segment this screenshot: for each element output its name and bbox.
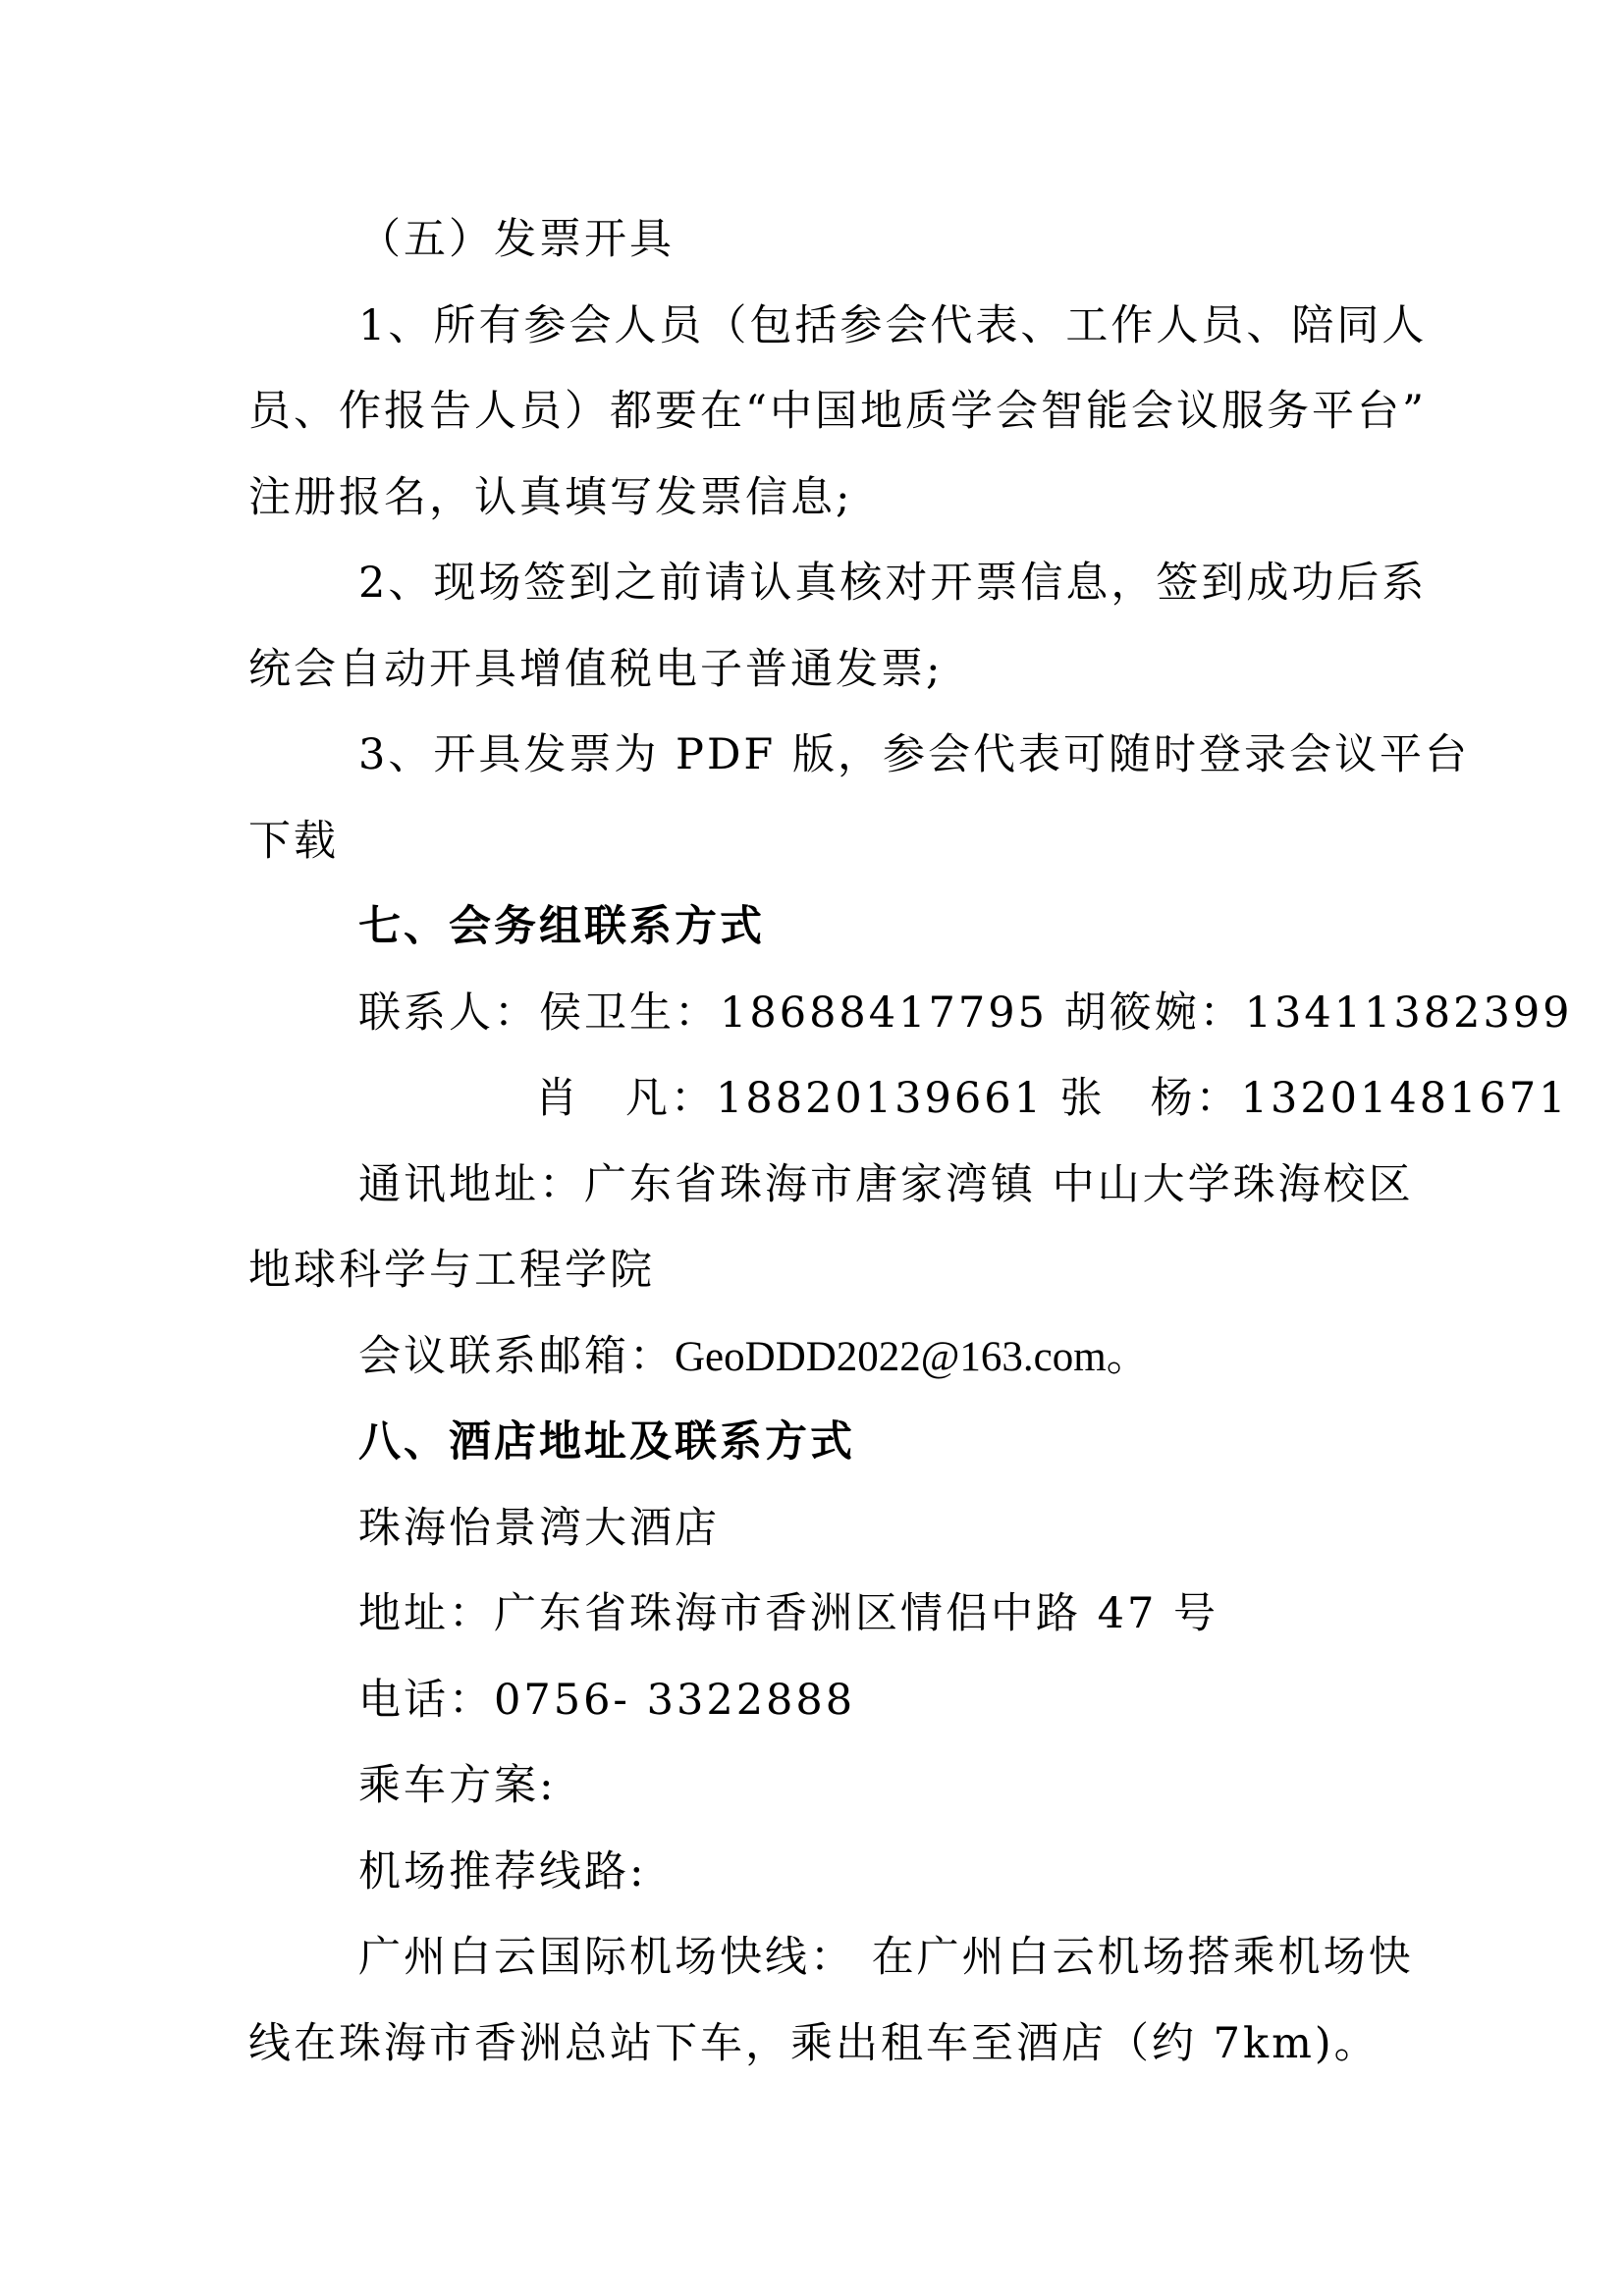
airport-route-label: 机场推荐线路: [358, 1829, 1389, 1915]
hotel-address: 地址：广东省珠海市香洲区情侣中路 47 号 [358, 1571, 1389, 1657]
invoice-item-3-line-2: 下载 [248, 798, 1387, 884]
invoice-item-2-line-1: 2、现场签到之前请认真核对开票信息，签到成功后系 [358, 540, 1389, 626]
email-suffix: 。 [1107, 1332, 1152, 1381]
contacts-persons-1: 侯卫生：18688417795 胡筱婉：13411382399 [539, 988, 1573, 1038]
email-link[interactable]: GeoDDD2022@163.com [675, 1334, 1107, 1380]
invoice-item-2-line-2: 统会自动开具增值税电子普通发票; [248, 626, 1387, 713]
contacts-label: 联系人： [358, 988, 539, 1038]
mailing-address-line-2: 地球科学与工程学院 [248, 1227, 1387, 1313]
invoice-item-1-line-3: 注册报名，认真填写发票信息; [248, 454, 1387, 541]
document-page: （五）发票开具 1、所有参会人员（包括参会代表、工作人员、陪同人 员、作报告人员… [0, 0, 1624, 2296]
contact-section-heading: 七、会务组联系方式 [358, 883, 1389, 970]
email-label: 会议联系邮箱： [358, 1332, 675, 1381]
hotel-phone: 电话：0756- 3322888 [358, 1657, 1389, 1743]
hotel-name: 珠海怡景湾大酒店 [358, 1485, 1389, 1572]
contacts-row-2: 肖 凡：18820139661 张 杨：13201481671 [535, 1055, 1624, 1142]
email-row: 会议联系邮箱：GeoDDD2022@163.com。 [358, 1313, 1389, 1400]
hotel-section-heading: 八、酒店地址及联系方式 [358, 1399, 1389, 1485]
airport-route-line-2: 线在珠海市香洲总站下车，乘出租车至酒店（约 7km)。 [248, 2001, 1387, 2087]
mailing-address-line-1: 通讯地址：广东省珠海市唐家湾镇 中山大学珠海校区 [358, 1142, 1389, 1228]
invoice-item-1-line-2: 员、作报告人员）都要在“中国地质学会智能会议服务平台” [248, 368, 1387, 454]
invoice-item-3-line-1: 3、开具发票为 PDF 版，参会代表可随时登录会议平台 [358, 712, 1389, 798]
contacts-row-1: 联系人：侯卫生：18688417795 胡筱婉：13411382399 [358, 970, 1389, 1056]
transport-label: 乘车方案: [358, 1742, 1389, 1829]
airport-route-line-1: 广州白云国际机场快线： 在广州白云机场搭乘机场快 [358, 1914, 1389, 2001]
invoice-section-heading: （五）发票开具 [358, 196, 1389, 283]
invoice-item-1-line-1: 1、所有参会人员（包括参会代表、工作人员、陪同人 [358, 283, 1389, 369]
